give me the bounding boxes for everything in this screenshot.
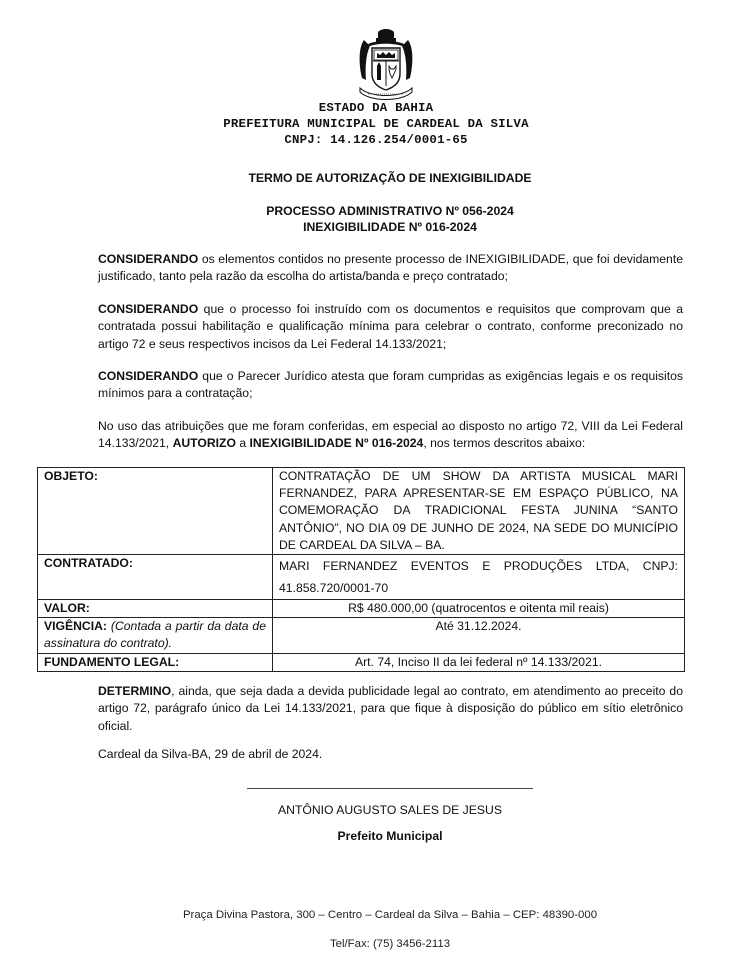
coat-of-arms-icon	[356, 28, 416, 102]
table-label: CONTRATADO:	[38, 555, 273, 600]
paragraph-authorization: No uso das atribuições que me foram conf…	[98, 418, 683, 453]
table-row-object: OBJETO: CONTRATAÇÃO DE UM SHOW DA ARTIST…	[38, 468, 685, 555]
label-text: CONTRATADO:	[44, 556, 133, 570]
paragraph-text: a	[236, 436, 250, 450]
inexigibility-reference: INEXIGIBILIDADE Nº 016-2024	[250, 436, 424, 450]
inexigibility-number: INEXIGIBILIDADE Nº 016-2024	[0, 220, 752, 234]
table-value: Até 31.12.2024.	[273, 618, 685, 653]
table-value: CONTRATAÇÃO DE UM SHOW DA ARTISTA MUSICA…	[273, 468, 685, 555]
signatory-name: ANTÔNIO AUGUSTO SALES DE JESUS	[0, 803, 752, 817]
paragraph-lead: DETERMINO	[98, 684, 171, 698]
paragraph-text: , ainda, que seja dada a devida publicid…	[98, 684, 683, 733]
label-text: FUNDAMENTO LEGAL:	[44, 655, 179, 669]
header-municipality: PREFEITURA MUNICIPAL DE CARDEAL DA SILVA	[0, 117, 752, 131]
footer-address: Praça Divina Pastora, 300 – Centro – Car…	[0, 909, 752, 921]
table-row-legal-basis: FUNDAMENTO LEGAL: Art. 74, Inciso II da …	[38, 653, 685, 671]
paragraph-considering-3: CONSIDERANDO que o Parecer Jurídico ates…	[98, 368, 683, 403]
terms-table: OBJETO: CONTRATAÇÃO DE UM SHOW DA ARTIST…	[37, 467, 685, 672]
process-number: PROCESSO ADMINISTRATIVO Nº 056-2024	[0, 204, 752, 218]
table-value: Art. 74, Inciso II da lei federal nº 14.…	[273, 653, 685, 671]
table-row-value: VALOR: R$ 480.000,00 (quatrocentos e oit…	[38, 600, 685, 618]
label-text: OBJETO:	[44, 469, 98, 483]
paragraph-text: , nos termos descritos abaixo:	[423, 436, 585, 450]
label-text: VALOR:	[44, 601, 90, 615]
paragraph-lead: CONSIDERANDO	[98, 252, 198, 266]
document-title: TERMO DE AUTORIZAÇÃO DE INEXIGIBILIDADE	[0, 171, 752, 185]
table-label: VIGÊNCIA: (Contada a partir da data de a…	[38, 618, 273, 653]
paragraph-lead: CONSIDERANDO	[98, 302, 198, 316]
paragraph-considering-2: CONSIDERANDO que o processo foi instruíd…	[98, 301, 683, 353]
table-label: FUNDAMENTO LEGAL:	[38, 653, 273, 671]
footer-phone: Tel/Fax: (75) 3456-2113	[0, 938, 752, 950]
table-row-validity: VIGÊNCIA: (Contada a partir da data de a…	[38, 618, 685, 653]
signatory-role: Prefeito Municipal	[0, 829, 752, 843]
table-label: OBJETO:	[38, 468, 273, 555]
label-text: VIGÊNCIA:	[44, 619, 107, 633]
table-value: R$ 480.000,00 (quatrocentos e oitenta mi…	[273, 600, 685, 618]
paragraph-lead: CONSIDERANDO	[98, 369, 198, 383]
table-label: VALOR:	[38, 600, 273, 618]
document-date: Cardeal da Silva-BA, 29 de abril de 2024…	[98, 746, 683, 763]
table-row-contractor: CONTRATADO: MARI FERNANDEZ EVENTOS E PRO…	[38, 555, 685, 600]
paragraph-considering-1: CONSIDERANDO os elementos contidos no pr…	[98, 251, 683, 286]
header-state: ESTADO DA BAHIA	[0, 101, 752, 115]
header-cnpj: CNPJ: 14.126.254/0001-65	[0, 133, 752, 147]
table-value: MARI FERNANDEZ EVENTOS E PRODUÇÕES LTDA,…	[273, 555, 685, 600]
authorize-keyword: AUTORIZO	[173, 436, 236, 450]
paragraph-determination: DETERMINO, ainda, que seja dada a devida…	[98, 683, 683, 735]
signature-line	[247, 788, 533, 789]
